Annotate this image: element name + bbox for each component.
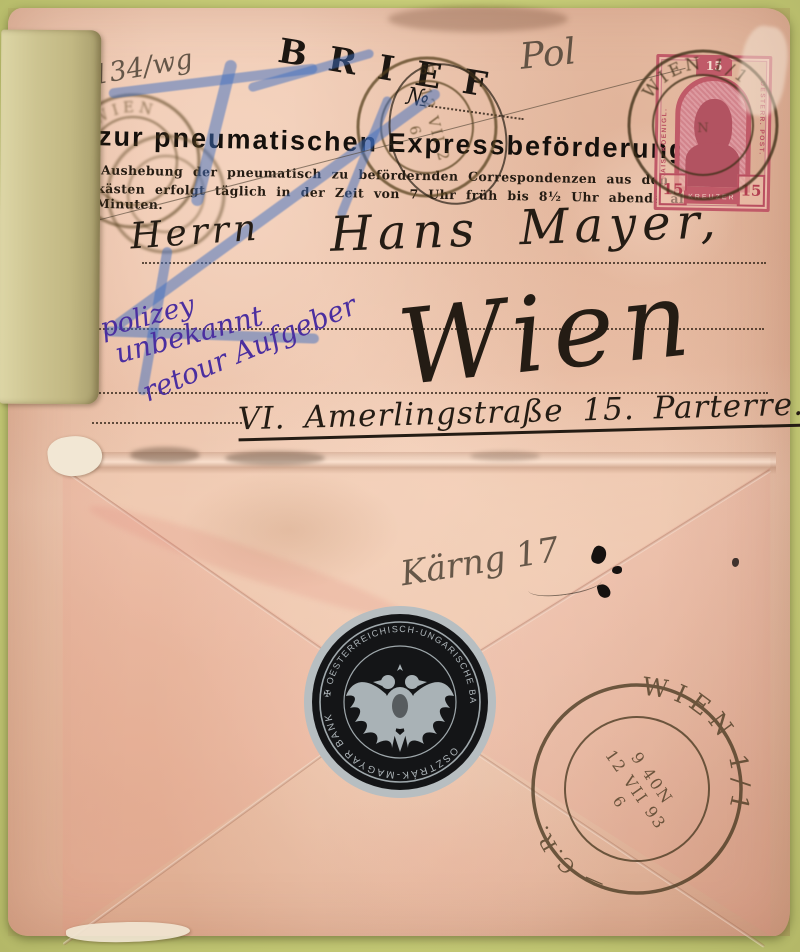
emperor-shoulders [685,143,740,188]
pol-note: Pol [518,31,578,78]
dirt-smudge [470,451,540,461]
stamp-value-right: 15 [737,174,766,206]
address-dotted-line [92,422,242,424]
dirt-smudge [130,447,200,463]
edge-shadow [388,6,568,32]
envelope-photo: BRIEF № zur pneumatischen Expressbeförde… [0,0,800,952]
dirt-smudge [225,451,325,465]
stamp-top-value: 15 [696,57,732,77]
ink-blot [612,566,622,574]
tape-strip [0,30,101,405]
